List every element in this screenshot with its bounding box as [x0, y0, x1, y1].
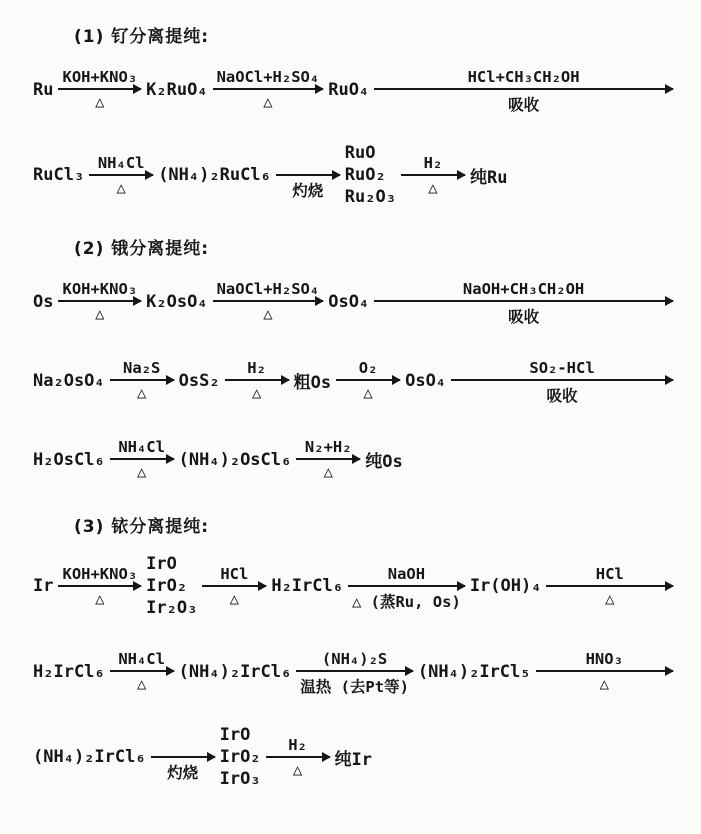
- reaction-row: IrKOH+KNO₃△IrOIrO₂Ir₂O₃HCl△H₂IrCl₆NaOH△ …: [30, 553, 675, 619]
- arrow-condition-bottom: △: [110, 672, 174, 698]
- arrow-condition-bottom: △ (蒸Ru, Os): [348, 587, 465, 613]
- arrow-condition-bottom: △: [202, 587, 266, 613]
- stack-line: RuO₂: [345, 164, 386, 186]
- arrow-condition-bottom: △: [58, 302, 141, 328]
- chemical-species: 纯Ru: [467, 163, 510, 188]
- arrow-condition-top: N₂+H₂: [296, 433, 360, 458]
- arrow-condition-top: SO₂-HCl: [451, 354, 673, 379]
- product-stack: IrOIrO₂IrO₃: [217, 724, 264, 790]
- reaction-arrow: Na₂S△: [108, 354, 176, 407]
- stack-line: IrO₃: [220, 768, 261, 790]
- arrow-line: [110, 670, 174, 672]
- arrow-condition-top: Na₂S: [110, 354, 174, 379]
- arrow-condition-bottom: △: [213, 302, 324, 328]
- arrow-condition-top: NaOH: [348, 560, 465, 585]
- product-stack: RuORuO₂Ru₂O₃: [342, 142, 399, 208]
- chemical-species: (NH₄)₂IrCl₆: [30, 747, 149, 767]
- reaction-arrow: NH₄Cl△: [108, 645, 176, 698]
- arrow-line: [110, 458, 174, 460]
- reaction-arrow: NH₄Cl△: [108, 433, 176, 486]
- arrow-line: [374, 300, 673, 302]
- arrow-condition-bottom: △: [89, 176, 153, 202]
- reaction-arrow: 灼烧: [274, 149, 342, 202]
- stack-line: Ru₂O₃: [345, 186, 396, 208]
- arrow-condition-bottom: 温热 (去Pt等): [296, 672, 413, 698]
- reaction-arrow: H₂△: [264, 731, 332, 784]
- arrow-condition-top: HNO₃: [536, 645, 673, 670]
- arrow-line: [202, 585, 266, 587]
- chemical-species: OsO₄: [402, 371, 449, 391]
- reaction-arrow: NH₄Cl△: [87, 149, 155, 202]
- stack-line: IrO₂: [220, 746, 261, 768]
- arrow-line: [58, 88, 141, 90]
- reaction-arrow: NaOCl+H₂SO₄△: [211, 63, 326, 116]
- chemical-species: H₂IrCl₆: [268, 576, 346, 596]
- arrow-line: [151, 756, 215, 758]
- stack-line: IrO: [220, 724, 251, 746]
- arrow-condition-top: NH₄Cl: [110, 645, 174, 670]
- arrow-line: [336, 379, 400, 381]
- arrow-condition-top: NaOCl+H₂SO₄: [213, 275, 324, 300]
- reaction-arrow: HCl△: [200, 560, 268, 613]
- arrow-condition-bottom: △: [58, 90, 141, 116]
- arrow-line: [213, 88, 324, 90]
- reaction-arrow: N₂+H₂△: [294, 433, 362, 486]
- arrow-condition-bottom: △: [58, 587, 141, 613]
- arrow-condition-bottom: 吸收: [374, 302, 673, 328]
- reaction-arrow: KOH+KNO₃△: [56, 63, 143, 116]
- arrow-condition-top: HCl: [202, 560, 266, 585]
- reaction-arrow: NaOCl+H₂SO₄△: [211, 275, 326, 328]
- chemical-species: OsO₄: [325, 292, 372, 312]
- stack-line: IrO: [146, 553, 177, 575]
- reaction-arrow: NaOH+CH₃CH₂OH吸收: [372, 275, 675, 328]
- arrow-line: [401, 174, 465, 176]
- arrow-condition-bottom: △: [110, 381, 174, 407]
- arrow-condition-bottom: 吸收: [451, 381, 673, 407]
- arrow-line: [58, 585, 141, 587]
- reaction-arrow: 灼烧: [149, 731, 217, 784]
- product-stack: IrOIrO₂Ir₂O₃: [143, 553, 200, 619]
- reaction-row: OsKOH+KNO₃△K₂OsO₄NaOCl+H₂SO₄△OsO₄NaOH+CH…: [30, 275, 675, 328]
- chemical-species: 纯Os: [362, 447, 405, 472]
- section-3: (3) 铱分离提纯:IrKOH+KNO₃△IrOIrO₂Ir₂O₃HCl△H₂I…: [30, 512, 675, 790]
- arrow-line: [451, 379, 673, 381]
- chemical-species: Os: [30, 292, 56, 312]
- section-heading: (2) 锇分离提纯:: [74, 234, 675, 259]
- arrow-line: [546, 585, 673, 587]
- arrow-condition-top: H₂: [401, 149, 465, 174]
- arrow-condition-top: O₂: [336, 354, 400, 379]
- arrow-condition-bottom: △: [266, 758, 330, 784]
- reaction-row: H₂IrCl₆NH₄Cl△(NH₄)₂IrCl₆(NH₄)₂S温热 (去Pt等)…: [30, 645, 675, 698]
- stack-line: RuO: [345, 142, 376, 164]
- arrow-line: [536, 670, 673, 672]
- arrow-line: [266, 756, 330, 758]
- reaction-row: RuKOH+KNO₃△K₂RuO₄NaOCl+H₂SO₄△RuO₄HCl+CH₃…: [30, 63, 675, 116]
- reaction-arrow: KOH+KNO₃△: [56, 275, 143, 328]
- reaction-row: RuCl₃NH₄Cl△(NH₄)₂RuCl₆灼烧RuORuO₂Ru₂O₃H₂△纯…: [30, 142, 675, 208]
- arrow-condition-bottom: △: [336, 381, 400, 407]
- reaction-arrow: O₂△: [334, 354, 402, 407]
- arrow-condition-bottom: 灼烧: [276, 176, 340, 202]
- arrow-condition-top: NaOH+CH₃CH₂OH: [374, 275, 673, 300]
- arrow-condition-top: KOH+KNO₃: [58, 560, 141, 585]
- section-heading: (1) 钌分离提纯:: [74, 22, 675, 47]
- arrow-line: [58, 300, 141, 302]
- chemical-species: (NH₄)₂OsCl₆: [176, 450, 295, 470]
- chemical-species: Ir(OH)₄: [467, 576, 545, 596]
- arrow-condition-bottom: △: [536, 672, 673, 698]
- arrow-condition-top: KOH+KNO₃: [58, 63, 141, 88]
- chemical-species: 纯Ir: [332, 745, 375, 770]
- reaction-arrow: NaOH△ (蒸Ru, Os): [346, 560, 467, 613]
- arrow-line: [213, 300, 324, 302]
- chemical-species: OsS₂: [176, 371, 223, 391]
- chemical-species: RuO₄: [325, 80, 372, 100]
- reaction-arrow: H₂△: [399, 149, 467, 202]
- section-2: (2) 锇分离提纯:OsKOH+KNO₃△K₂OsO₄NaOCl+H₂SO₄△O…: [30, 234, 675, 486]
- arrow-condition-top: H₂: [266, 731, 330, 756]
- arrow-condition-top: HCl+CH₃CH₂OH: [374, 63, 673, 88]
- reaction-arrow: KOH+KNO₃△: [56, 560, 143, 613]
- arrow-condition-top: [276, 149, 340, 174]
- arrow-line: [296, 458, 360, 460]
- arrow-line: [225, 379, 289, 381]
- reaction-row: H₂OsCl₆NH₄Cl△(NH₄)₂OsCl₆N₂+H₂△纯Os: [30, 433, 675, 486]
- chemical-species: K₂OsO₄: [143, 292, 210, 312]
- arrow-condition-bottom: 吸收: [374, 90, 673, 116]
- chemical-species: (NH₄)₂IrCl₅: [415, 662, 534, 682]
- chemical-species: H₂OsCl₆: [30, 450, 108, 470]
- arrow-condition-bottom: △: [401, 176, 465, 202]
- reaction-row: Na₂OsO₄Na₂S△OsS₂H₂△粗OsO₂△OsO₄SO₂-HCl吸收: [30, 354, 675, 407]
- reaction-arrow: HCl△: [544, 560, 675, 613]
- arrow-condition-top: NH₄Cl: [89, 149, 153, 174]
- chemical-species: (NH₄)₂IrCl₆: [176, 662, 295, 682]
- arrow-line: [374, 88, 673, 90]
- reaction-arrow: SO₂-HCl吸收: [449, 354, 675, 407]
- chemical-species: Na₂OsO₄: [30, 371, 108, 391]
- chemical-species: Ir: [30, 576, 56, 596]
- arrow-condition-top: NaOCl+H₂SO₄: [213, 63, 324, 88]
- arrow-line: [276, 174, 340, 176]
- chemical-species: K₂RuO₄: [143, 80, 210, 100]
- reaction-arrow: HNO₃△: [534, 645, 675, 698]
- reaction-arrow: H₂△: [223, 354, 291, 407]
- chemical-species: RuCl₃: [30, 165, 87, 185]
- chemical-species: Ru: [30, 80, 56, 100]
- arrow-condition-bottom: △: [546, 587, 673, 613]
- flow-document: (1) 钌分离提纯:RuKOH+KNO₃△K₂RuO₄NaOCl+H₂SO₄△R…: [0, 0, 701, 790]
- stack-line: Ir₂O₃: [146, 597, 197, 619]
- arrow-condition-bottom: △: [225, 381, 289, 407]
- arrow-condition-top: [151, 731, 215, 756]
- arrow-line: [110, 379, 174, 381]
- section-heading: (3) 铱分离提纯:: [74, 512, 675, 537]
- chemical-species: H₂IrCl₆: [30, 662, 108, 682]
- chemical-species: 粗Os: [291, 368, 334, 393]
- arrow-condition-top: (NH₄)₂S: [296, 645, 413, 670]
- arrow-condition-bottom: △: [213, 90, 324, 116]
- arrow-condition-top: H₂: [225, 354, 289, 379]
- arrow-condition-top: KOH+KNO₃: [58, 275, 141, 300]
- arrow-line: [89, 174, 153, 176]
- section-1: (1) 钌分离提纯:RuKOH+KNO₃△K₂RuO₄NaOCl+H₂SO₄△R…: [30, 22, 675, 208]
- arrow-condition-bottom: △: [296, 460, 360, 486]
- reaction-arrow: (NH₄)₂S温热 (去Pt等): [294, 645, 415, 698]
- stack-line: IrO₂: [146, 575, 187, 597]
- arrow-condition-bottom: 灼烧: [151, 758, 215, 784]
- arrow-line: [296, 670, 413, 672]
- chemical-species: (NH₄)₂RuCl₆: [155, 165, 274, 185]
- reaction-row: (NH₄)₂IrCl₆灼烧IrOIrO₂IrO₃H₂△纯Ir: [30, 724, 675, 790]
- arrow-condition-bottom: △: [110, 460, 174, 486]
- arrow-condition-top: NH₄Cl: [110, 433, 174, 458]
- arrow-line: [348, 585, 465, 587]
- reaction-arrow: HCl+CH₃CH₂OH吸收: [372, 63, 675, 116]
- arrow-condition-top: HCl: [546, 560, 673, 585]
